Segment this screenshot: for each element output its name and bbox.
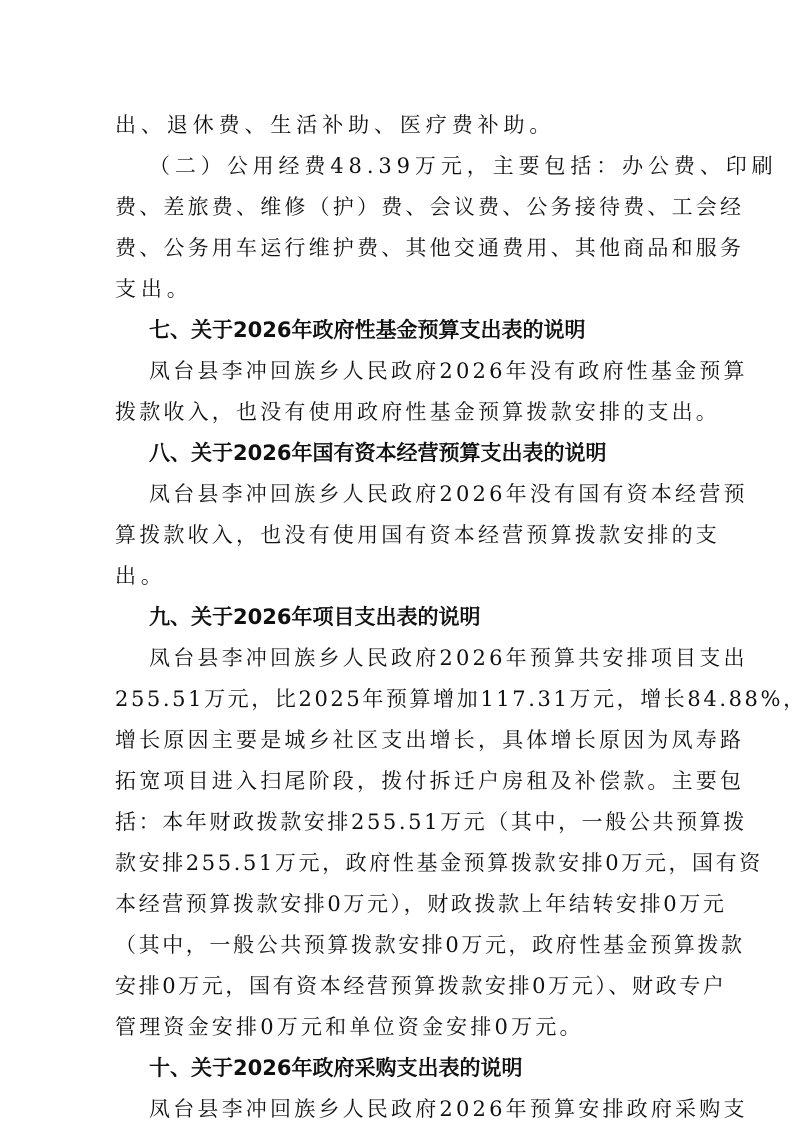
- section-heading-9: 九、关于2026年项目支出表的说明: [115, 597, 681, 638]
- body-line: 255.51万元，比2025年预算增加117.31万元，增长84.88%，: [115, 679, 681, 720]
- body-line: 款安排255.51万元，政府性基金预算拨款安排0万元，国有资: [115, 843, 681, 884]
- body-line: 出。: [115, 556, 681, 597]
- body-line: 括：本年财政拨款安排255.51万元（其中，一般公共预算拨: [115, 802, 681, 843]
- body-line: 拨款收入，也没有使用政府性基金预算拨款安排的支出。: [115, 392, 681, 433]
- body-line: 出、退休费、生活补助、医疗费补助。: [115, 105, 681, 146]
- section-heading-7: 七、关于2026年政府性基金预算支出表的说明: [115, 310, 681, 351]
- body-line: 支出。: [115, 269, 681, 310]
- body-line: 安排0万元，国有资本经营预算拨款安排0万元）、财政专户: [115, 966, 681, 1007]
- body-line: 费、公务用车运行维护费、其他交通费用、其他商品和服务: [115, 228, 681, 269]
- section-heading-10: 十、关于2026年政府采购支出表的说明: [115, 1048, 681, 1089]
- body-line: 拓宽项目进入扫尾阶段，拨付拆迁户房租及补偿款。主要包: [115, 761, 681, 802]
- body-line: 费、差旅费、维修（护）费、会议费、公务接待费、工会经: [115, 187, 681, 228]
- body-line: 管理资金安排0万元和单位资金安排0万元。: [115, 1007, 681, 1048]
- body-line: （其中，一般公共预算拨款安排0万元，政府性基金预算拨款: [115, 925, 681, 966]
- body-line: 凤台县李冲回族乡人民政府2026年没有政府性基金预算: [115, 351, 681, 392]
- document-page: 出、退休费、生活补助、医疗费补助。 （二）公用经费48.39万元，主要包括：办公…: [115, 105, 681, 1122]
- body-line: 凤台县李冲回族乡人民政府2026年没有国有资本经营预: [115, 474, 681, 515]
- body-line: 凤台县李冲回族乡人民政府2026年预算共安排项目支出: [115, 638, 681, 679]
- body-line: （二）公用经费48.39万元，主要包括：办公费、印刷: [115, 146, 681, 187]
- body-line: 算拨款收入，也没有使用国有资本经营预算拨款安排的支: [115, 515, 681, 556]
- body-line: 本经营预算拨款安排0万元），财政拨款上年结转安排0万元: [115, 884, 681, 925]
- body-line: 增长原因主要是城乡社区支出增长，具体增长原因为凤寿路: [115, 720, 681, 761]
- section-heading-8: 八、关于2026年国有资本经营预算支出表的说明: [115, 433, 681, 474]
- body-line: 凤台县李冲回族乡人民政府2026年预算安排政府采购支: [115, 1089, 681, 1122]
